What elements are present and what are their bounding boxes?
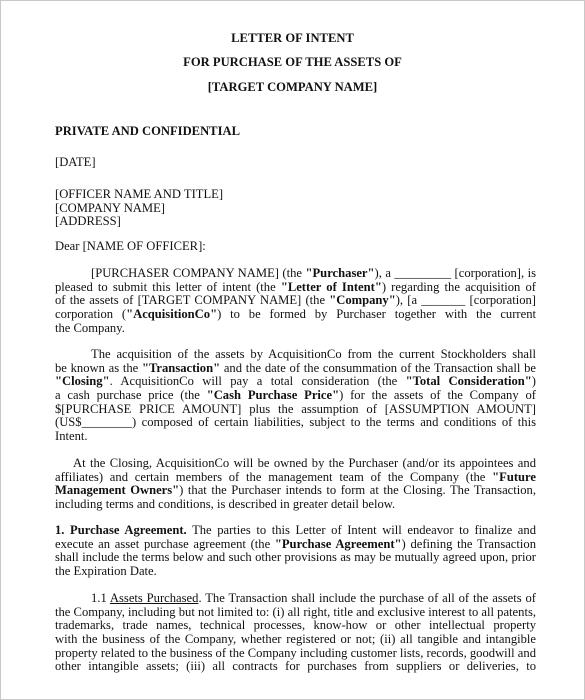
- purchase-agreement-section: 1. Purchase Agreement. The parties to th…: [55, 524, 536, 579]
- text-line: trademarks, trade names, technical proce…: [55, 619, 536, 633]
- salutation: Dear [NAME OF OFFICER]:: [55, 240, 536, 254]
- text-line: At the Closing, AcquisitionCo will be ow…: [55, 457, 536, 471]
- text-line: including terms and conditions, is descr…: [55, 498, 536, 512]
- text-line: affiliates) and certain members of the m…: [55, 471, 536, 485]
- company-name-line: [COMPANY NAME]: [55, 202, 536, 216]
- assets-purchased-section: 1.1 Assets Purchased. The Transaction sh…: [55, 592, 536, 674]
- document-title: LETTER OF INTENT: [1, 32, 584, 46]
- document-subtitle: FOR PURCHASE OF THE ASSETS OF: [1, 56, 584, 70]
- text-line: the Expiration Date.: [55, 565, 536, 579]
- text-line: Management Owners") that the Purchaser i…: [55, 484, 536, 498]
- intro-paragraph: [PURCHASER COMPANY NAME] (the "Purchaser…: [55, 267, 536, 335]
- text-line: $[PURCHASE PRICE AMOUNT] plus the assump…: [55, 403, 536, 417]
- text-line: (US$________) composed of certain liabil…: [55, 416, 536, 430]
- text-line: be known as the "Transaction" and the da…: [55, 362, 536, 376]
- text-line: execute an asset purchase agreement (the…: [55, 538, 536, 552]
- address-line: [ADDRESS]: [55, 215, 536, 229]
- text-line: The acquisition of the assets by Acquisi…: [55, 348, 536, 362]
- text-line: shall include the terms below and such o…: [55, 551, 536, 565]
- text-line: with the business of the Company, whethe…: [55, 633, 536, 647]
- text-line: Intent.: [55, 430, 536, 444]
- text-line: of the assets of [TARGET COMPANY NAME] (…: [55, 294, 536, 308]
- text-line: a cash purchase price (the "Cash Purchas…: [55, 389, 536, 403]
- text-line: the Company.: [55, 322, 536, 336]
- text-line: pleased to submit this letter of intent …: [55, 281, 536, 295]
- text-line: "Closing". AcquisitionCo will pay a tota…: [55, 375, 536, 389]
- officer-name-line: [OFFICER NAME AND TITLE]: [55, 188, 536, 202]
- closing-paragraph: At the Closing, AcquisitionCo will be ow…: [55, 457, 536, 512]
- text-line: 1.1 Assets Purchased. The Transaction sh…: [55, 592, 536, 606]
- target-company-heading: [TARGET COMPANY NAME]: [1, 81, 584, 95]
- date-line: [DATE]: [55, 156, 536, 170]
- text-line: the Company, including but not limited t…: [55, 606, 536, 620]
- confidential-label: PRIVATE AND CONFIDENTIAL: [55, 125, 536, 139]
- text-line: 1. Purchase Agreement. The parties to th…: [55, 524, 536, 538]
- text-line: property related to the business of the …: [55, 647, 536, 661]
- text-line: corporation ("AcquisitionCo") to be form…: [55, 308, 536, 322]
- recipient-address: [OFFICER NAME AND TITLE] [COMPANY NAME] …: [55, 188, 536, 229]
- text-line: [PURCHASER COMPANY NAME] (the "Purchaser…: [55, 267, 536, 281]
- document-page: LETTER OF INTENT FOR PURCHASE OF THE ASS…: [0, 0, 585, 700]
- transaction-paragraph: The acquisition of the assets by Acquisi…: [55, 348, 536, 444]
- text-line: other intangible assets; (iii) all contr…: [55, 660, 536, 674]
